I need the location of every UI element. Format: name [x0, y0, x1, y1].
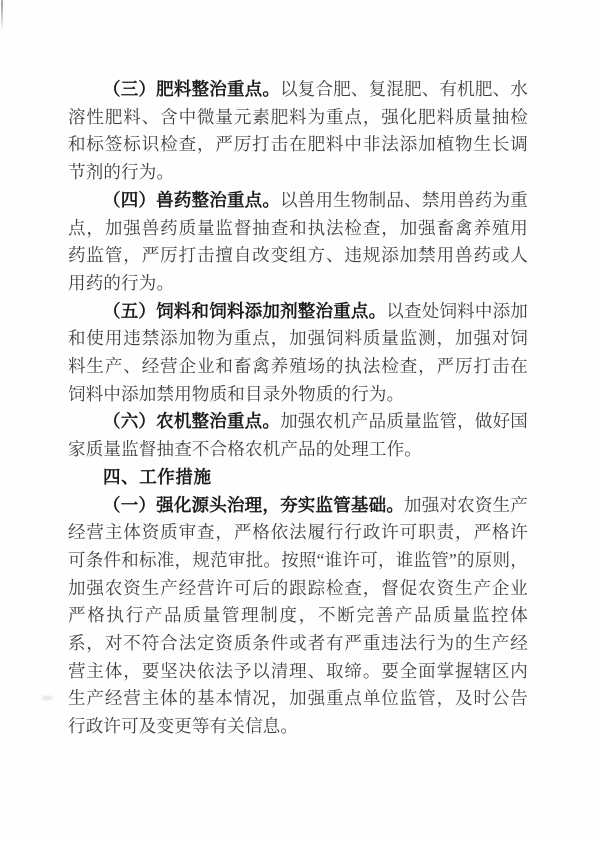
paragraph-lead-heading: 四、工作措施 [103, 467, 212, 487]
section-heading: 四、工作措施 [68, 464, 528, 492]
paragraph: （五）饲料和饲料添加剂整治重点。以查处饲料中添加和使用违禁添加物为重点，加强饲料… [68, 298, 528, 409]
paragraph-lead-heading: （四）兽药整治重点。 [103, 190, 280, 210]
paragraph: （四）兽药整治重点。以兽用生物制品、禁用兽药为重点，加强兽药质量监督抽查和执法检… [68, 187, 528, 298]
paragraph-lead-heading: （一）强化源头治理，夯实监管基础。 [103, 495, 404, 515]
document-body: （三）肥料整治重点。以复合肥、复混肥、有机肥、水溶性肥料、含中微量元素肥料为重点… [68, 76, 528, 741]
paragraph: （三）肥料整治重点。以复合肥、复混肥、有机肥、水溶性肥料、含中微量元素肥料为重点… [68, 76, 528, 187]
paragraph: （一）强化源头治理，夯实监管基础。加强对农资生产经营主体资质审查，严格依法履行行… [68, 492, 528, 741]
scan-artifact-line [1, 0, 3, 30]
paragraph-lead-heading: （五）饲料和饲料添加剂整治重点。 [103, 301, 386, 321]
paragraph-text: 加强对农资生产经营主体资质审查，严格依法履行行政许可职责，严格许可条件和标准，规… [68, 495, 528, 737]
document-page: （三）肥料整治重点。以复合肥、复混肥、有机肥、水溶性肥料、含中微量元素肥料为重点… [0, 0, 596, 842]
paragraph: （六）农机整治重点。加强农机产品质量监管，做好国家质量监督抽查不合格农机产品的处… [68, 408, 528, 463]
paragraph-lead-heading: （三）肥料整治重点。 [103, 79, 280, 99]
scan-artifact-smudge [42, 696, 52, 700]
paragraph-lead-heading: （六）农机整治重点。 [103, 411, 280, 431]
